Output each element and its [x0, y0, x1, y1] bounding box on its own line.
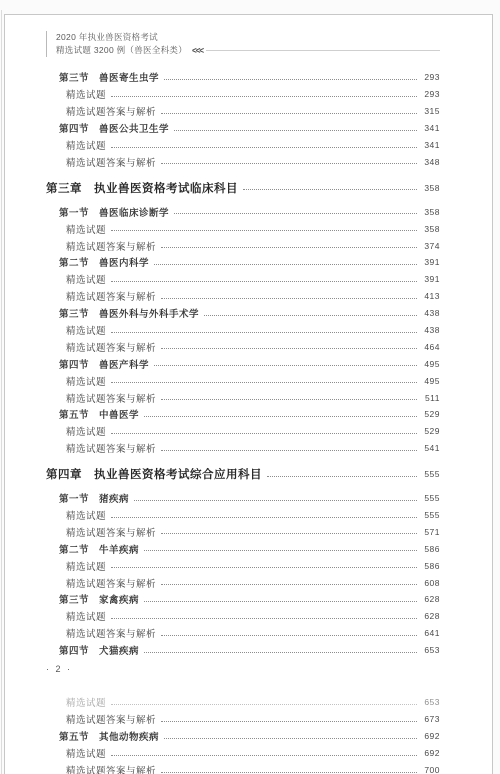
dotted-leader: [111, 230, 417, 231]
book-title-line1: 2020 年执业兽医资格考试: [56, 31, 440, 44]
toc-entry-title: 第三节 兽医寄生虫学: [59, 70, 159, 84]
toc-entry: 精选试题 529: [66, 423, 440, 440]
header-rule: [206, 50, 440, 51]
toc-entry: 精选试题 293: [66, 86, 440, 103]
dotted-leader: [161, 399, 417, 400]
toc-entry: 精选试题 692: [66, 745, 440, 762]
dotted-leader: [161, 163, 417, 164]
toc-entry-page-number: 293: [422, 89, 440, 99]
toc-entry: 精选试题答案与解析 374: [66, 237, 440, 254]
dotted-leader: [161, 450, 417, 451]
toc-entry-page-number: 341: [422, 123, 440, 133]
toc-entry: 第三章 执业兽医资格考试临床科目 358: [46, 177, 440, 198]
dotted-leader: [111, 618, 417, 619]
toc-entry-title: 精选试题答案与解析: [66, 763, 156, 774]
dotted-leader: [174, 130, 417, 131]
toc-list-page2: 精选试题 653 精选试题答案与解析 673 第五节 其他动物疾病 692 精选…: [46, 694, 440, 774]
dotted-leader: [111, 147, 417, 148]
toc-entry: 精选试题答案与解析 641: [66, 625, 440, 642]
toc-entry-page-number: 341: [422, 140, 440, 150]
toc-entry-page-number: 541: [422, 443, 440, 453]
next-page-fragment: 精选试题 653 精选试题答案与解析 673 第五节 其他动物疾病 692 精选…: [5, 694, 492, 774]
toc-entry: 精选试题 358: [66, 220, 440, 237]
dotted-leader: [161, 348, 417, 349]
dotted-leader: [161, 533, 417, 534]
dotted-leader: [144, 601, 417, 602]
toc-entry-title: 第一节 猪疾病: [59, 491, 129, 505]
page-header: 2020 年执业兽医资格考试 精选试题 3200 例（兽医全科类） <<<: [46, 31, 440, 57]
toc-entry-page-number: 555: [422, 510, 440, 520]
toc-entry-page-number: 673: [422, 714, 440, 724]
dotted-leader: [134, 500, 417, 501]
toc-entry-title: 精选试题答案与解析: [66, 525, 156, 539]
toc-entry-page-number: 628: [422, 611, 440, 621]
dotted-leader: [111, 332, 417, 333]
scan-edge-line: [1, 10, 2, 774]
toc-entry: 第一节 猪疾病 555: [59, 490, 440, 507]
book-page-scan: 2020 年执业兽医资格考试 精选试题 3200 例（兽医全科类） <<< 第三…: [4, 14, 493, 774]
toc-entry-page-number: 700: [422, 765, 440, 774]
toc-entry-title: 精选试题答案与解析: [66, 239, 156, 253]
toc-entry-title: 精选试题答案与解析: [66, 576, 156, 590]
toc-entry-title: 精选试题: [66, 323, 106, 337]
toc-entry: 第三节 兽医寄生虫学 293: [59, 69, 440, 86]
toc-entry-title: 第五节 中兽医学: [59, 407, 139, 421]
dotted-leader: [161, 584, 417, 585]
toc-entry-page-number: 692: [422, 731, 440, 741]
toc-entry-page-number: 374: [422, 241, 440, 251]
dotted-leader: [267, 476, 417, 477]
dotted-leader: [111, 567, 417, 568]
toc-entry: 精选试题 628: [66, 608, 440, 625]
toc-entry: 第五节 其他动物疾病 692: [59, 728, 440, 745]
toc-entry-title: 精选试题: [66, 138, 106, 152]
toc-entry: 精选试题答案与解析 315: [66, 103, 440, 120]
toc-entry: 第四章 执业兽医资格考试综合应用科目 555: [46, 464, 440, 485]
toc-entry-title: 第二节 兽医内科学: [59, 255, 149, 269]
toc-entry-page-number: 608: [422, 578, 440, 588]
toc-entry-title: 精选试题: [66, 222, 106, 236]
toc-entry-title: 精选试题: [66, 87, 106, 101]
book-title-line2: 精选试题 3200 例（兽医全科类）: [56, 44, 187, 57]
toc-entry: 第一节 兽医临床诊断学 358: [59, 203, 440, 220]
toc-entry: 精选试题答案与解析 541: [66, 440, 440, 457]
toc-entry-title: 第四节 兽医产科学: [59, 357, 149, 371]
toc-entry: 精选试题 341: [66, 137, 440, 154]
toc-entry-title: 精选试题答案与解析: [66, 289, 156, 303]
toc-entry-title: 精选试题: [66, 746, 106, 760]
toc-entry: 精选试题 555: [66, 507, 440, 524]
toc-entry: 第四节 兽医产科学 495: [59, 355, 440, 372]
toc-entry-page-number: 391: [422, 274, 440, 284]
dotted-leader: [154, 365, 417, 366]
dotted-leader: [164, 738, 417, 739]
toc-entry-page-number: 586: [422, 561, 440, 571]
toc-entry: 第五节 中兽医学 529: [59, 406, 440, 423]
toc-entry-title: 精选试题答案与解析: [66, 712, 156, 726]
toc-entry: 精选试题 391: [66, 271, 440, 288]
toc-entry: 精选试题答案与解析 608: [66, 574, 440, 591]
toc-entry: 精选试题答案与解析 673: [66, 711, 440, 728]
dotted-leader: [144, 652, 417, 653]
toc-entry-title: 第二节 牛羊疾病: [59, 542, 139, 556]
page-number-footer: · 2 ·: [46, 664, 440, 674]
toc-entry-title: 精选试题: [66, 424, 106, 438]
toc-entry-title: 第三节 家禽疾病: [59, 592, 139, 606]
toc-entry-title: 精选试题答案与解析: [66, 104, 156, 118]
dotted-leader: [111, 433, 417, 434]
toc-entry-title: 第五节 其他动物疾病: [59, 729, 159, 743]
dotted-leader: [174, 213, 417, 214]
toc-entry-page-number: 692: [422, 748, 440, 758]
toc-entry: 精选试题答案与解析 348: [66, 153, 440, 170]
dotted-leader: [111, 517, 417, 518]
toc-entry-page-number: 438: [422, 325, 440, 335]
toc-entry: 第二节 牛羊疾病 586: [59, 540, 440, 557]
toc-entry: 精选试题 438: [66, 322, 440, 339]
toc-entry-page-number: 529: [422, 426, 440, 436]
dotted-leader: [161, 721, 417, 722]
toc-entry-page-number: 653: [422, 697, 440, 707]
toc-entry-title: 第三章 执业兽医资格考试临床科目: [46, 180, 238, 196]
toc-entry-page-number: 358: [422, 207, 440, 217]
dotted-leader: [144, 416, 417, 417]
toc-entry-page-number: 628: [422, 594, 440, 604]
toc-entry: 第四节 兽医公共卫生学 341: [59, 120, 440, 137]
toc-entry: 精选试题 586: [66, 557, 440, 574]
toc-entry-page-number: 348: [422, 157, 440, 167]
dotted-leader: [161, 772, 417, 773]
dotted-leader: [161, 635, 417, 636]
dotted-leader: [111, 382, 417, 383]
toc-entry-title: 第三节 兽医外科与外科手术学: [59, 306, 199, 320]
toc-entry-page-number: 438: [422, 308, 440, 318]
toc-list-page1: 第三节 兽医寄生虫学 293 精选试题 293 精选试题答案与解析 315 第四…: [46, 69, 440, 659]
toc-entry-page-number: 315: [422, 106, 440, 116]
toc-entry-page-number: 529: [422, 409, 440, 419]
toc-entry: 精选试题答案与解析 464: [66, 338, 440, 355]
toc-entry-title: 精选试题答案与解析: [66, 391, 156, 405]
dotted-leader: [111, 704, 417, 705]
dotted-leader: [161, 113, 417, 114]
toc-entry-page-number: 586: [422, 544, 440, 554]
toc-entry-page-number: 413: [422, 291, 440, 301]
toc-entry-page-number: 358: [422, 183, 440, 193]
toc-entry-page-number: 464: [422, 342, 440, 352]
toc-entry-page-number: 511: [422, 393, 440, 403]
toc-entry-page-number: 293: [422, 72, 440, 82]
toc-entry-title: 精选试题: [66, 272, 106, 286]
dotted-leader: [204, 315, 417, 316]
toc-entry-title: 第四章 执业兽医资格考试综合应用科目: [46, 466, 262, 482]
toc-entry: 精选试题答案与解析 511: [66, 389, 440, 406]
chevrons-left-icon: <<<: [192, 43, 203, 58]
toc-entry: 第三节 兽医外科与外科手术学 438: [59, 305, 440, 322]
dotted-leader: [161, 247, 417, 248]
dotted-leader: [111, 281, 417, 282]
toc-entry-title: 精选试题: [66, 508, 106, 522]
toc-entry-page-number: 495: [422, 359, 440, 369]
toc-entry-title: 精选试题答案与解析: [66, 626, 156, 640]
toc-entry-page-number: 358: [422, 224, 440, 234]
dotted-leader: [144, 550, 417, 551]
toc-entry-title: 精选试题: [66, 609, 106, 623]
toc-entry: 第三节 家禽疾病 628: [59, 591, 440, 608]
toc-entry-title: 第一节 兽医临床诊断学: [59, 205, 169, 219]
dotted-leader: [161, 298, 417, 299]
toc-entry-page-number: 571: [422, 527, 440, 537]
toc-entry: 精选试题答案与解析 700: [66, 762, 440, 774]
dotted-leader: [111, 96, 417, 97]
toc-entry-title: 精选试题: [66, 695, 106, 709]
toc-entry-title: 精选试题: [66, 374, 106, 388]
toc-entry-page-number: 555: [422, 469, 440, 479]
toc-entry: 精选试题答案与解析 413: [66, 288, 440, 305]
toc-entry: 第二节 兽医内科学 391: [59, 254, 440, 271]
dotted-leader: [164, 79, 417, 80]
toc-entry-title: 精选试题答案与解析: [66, 155, 156, 169]
toc-entry: 精选试题 495: [66, 372, 440, 389]
dotted-leader: [154, 264, 417, 265]
toc-entry-page-number: 641: [422, 628, 440, 638]
toc-entry-page-number: 653: [422, 645, 440, 655]
toc-entry-page-number: 555: [422, 493, 440, 503]
toc-entry: 第四节 犬猫疾病 653: [59, 642, 440, 659]
toc-entry-title: 精选试题答案与解析: [66, 340, 156, 354]
toc-entry-title: 精选试题: [66, 559, 106, 573]
toc-entry-page-number: 495: [422, 376, 440, 386]
toc-entry-title: 精选试题答案与解析: [66, 441, 156, 455]
toc-entry: 精选试题答案与解析 571: [66, 523, 440, 540]
toc-entry-page-number: 391: [422, 257, 440, 267]
toc-entry: 精选试题 653: [66, 694, 440, 711]
toc-entry-title: 第四节 犬猫疾病: [59, 643, 139, 657]
dotted-leader: [243, 189, 417, 190]
toc-entry-title: 第四节 兽医公共卫生学: [59, 121, 169, 135]
dotted-leader: [111, 755, 417, 756]
